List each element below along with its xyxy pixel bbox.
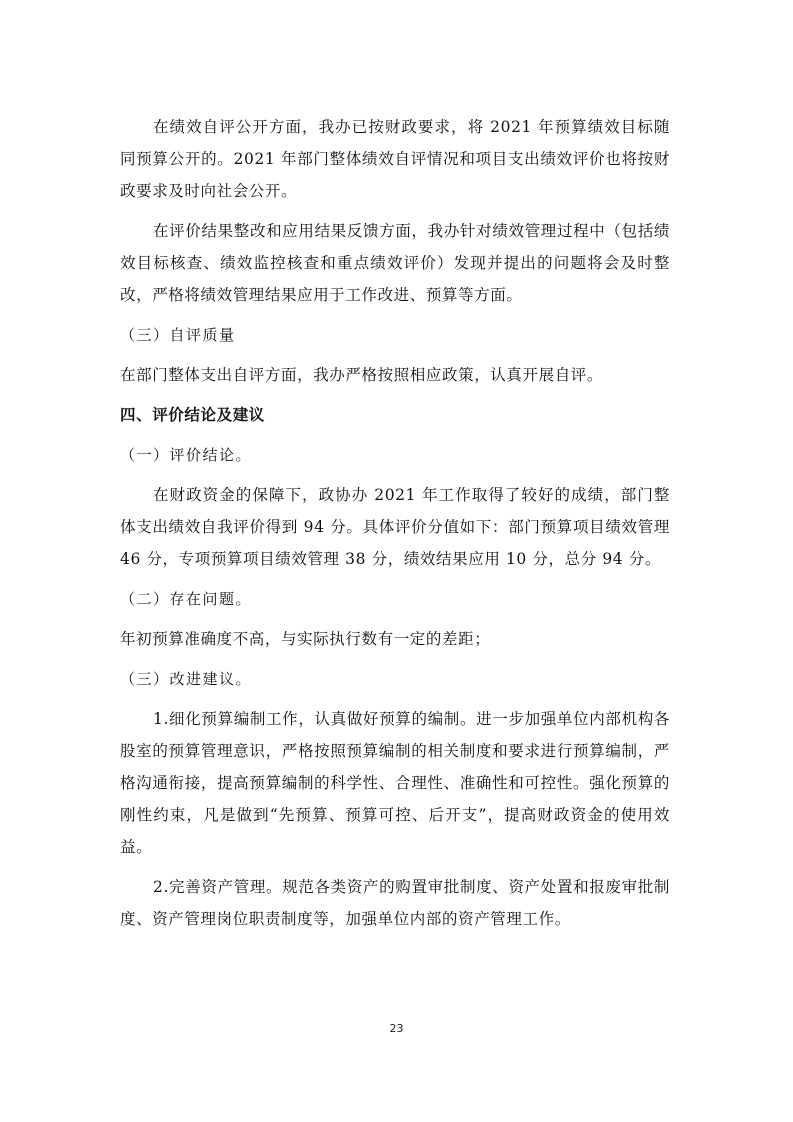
subheading-conclusion: （一）评价结论。 bbox=[120, 439, 670, 471]
subheading-problems: （二）存在问题。 bbox=[120, 583, 670, 615]
paragraph-suggestion-1: 1.细化预算编制工作，认真做好预算的编制。进一步加强单位内部机构各股室的预算管理… bbox=[120, 703, 670, 863]
subheading-suggestions: （三）改进建议。 bbox=[120, 663, 670, 695]
paragraph-suggestion-2: 2.完善资产管理。规范各类资产的购置审批制度、资产处置和报废审批制度、资产管理岗… bbox=[120, 871, 670, 935]
paragraph-rectification: 在评价结果整改和应用结果反馈方面，我办针对绩效管理过程中（包括绩效目标核查、绩效… bbox=[120, 215, 670, 311]
paragraph-problem: 年初预算准确度不高，与实际执行数有一定的差距； bbox=[120, 623, 670, 655]
paragraph-score: 在财政资金的保障下，政协办 2021 年工作取得了较好的成绩，部门整体支出绩效自… bbox=[120, 479, 670, 575]
paragraph-self-eval-disclosure: 在绩效自评公开方面，我办已按财政要求，将 2021 年预算绩效目标随同预算公开的… bbox=[120, 111, 670, 207]
paragraph-self-eval-overall: 在部门整体支出自评方面，我办严格按照相应政策，认真开展自评。 bbox=[120, 359, 670, 391]
subheading-self-eval-quality: （三）自评质量 bbox=[120, 319, 670, 351]
heading-conclusion-and-suggestions: 四、评价结论及建议 bbox=[120, 399, 670, 431]
document-page: 在绩效自评公开方面，我办已按财政要求，将 2021 年预算绩效目标随同预算公开的… bbox=[120, 111, 670, 935]
page-number: 23 bbox=[0, 1022, 793, 1035]
